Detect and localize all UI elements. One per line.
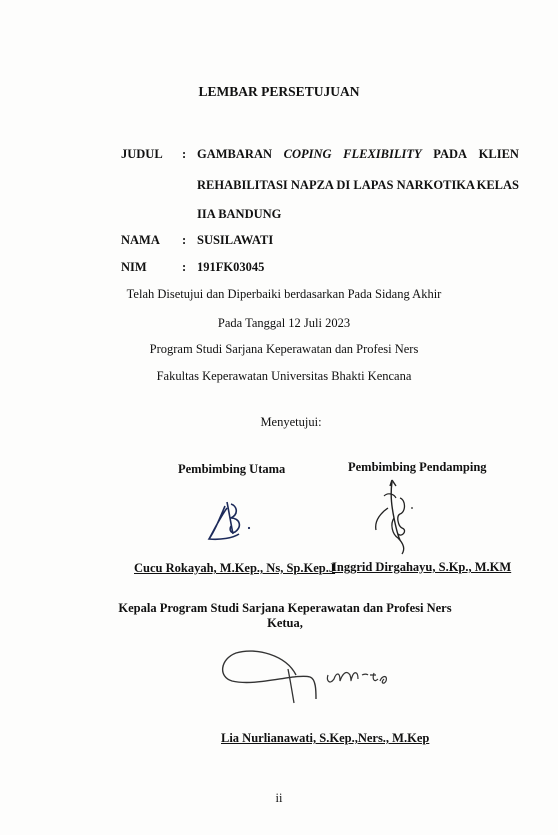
head-role-line2: Ketua, [0,616,558,631]
supervisor-name: Inggrid Dirgahayu, S.Kp., M.KM [332,560,511,575]
nama-value: SUSILAWATI [197,233,273,248]
judul-word: KELAS [477,178,519,193]
judul-word-italic: FLEXIBILITY [343,147,422,162]
document-page: LEMBAR PERSETUJUAN JUDUL : GAMBARAN COPI… [0,0,558,835]
nim-label: NIM [121,260,147,275]
judul-line-2: REHABILITASI NAPZA DI LAPAS NARKOTIKA KE… [197,178,519,193]
approval-info-line: Telah Disetujui dan Diperbaiki berdasark… [5,287,558,302]
signature-icon [372,478,422,563]
judul-word: REHABILITASI NAPZA DI LAPAS NARKOTIKA [197,178,475,193]
nama-colon: : [182,233,186,248]
judul-word: PADA [433,147,467,162]
supervisor-role: Pembimbing Pendamping [348,460,487,475]
supervisor-role: Pembimbing Utama [178,462,285,477]
judul-colon: : [182,147,186,162]
approved-label: Menyetujui: [12,415,558,430]
judul-word: GAMBARAN [197,147,272,162]
signature-icon [216,645,396,707]
judul-line-3: IIA BANDUNG [197,207,281,222]
approval-info-line: Pada Tanggal 12 Juli 2023 [5,316,558,331]
page-number: ii [0,791,558,806]
judul-label: JUDUL [121,147,163,162]
judul-line-1: GAMBARAN COPING FLEXIBILITY PADA KLIEN [197,147,519,162]
approval-info-line: Fakultas Keperawatan Universitas Bhakti … [5,369,558,384]
signature-icon [205,498,265,543]
head-role-line1: Kepala Program Studi Sarjana Keperawatan… [0,601,558,616]
approval-info-line: Program Studi Sarjana Keperawatan dan Pr… [5,342,558,357]
nama-label: NAMA [121,233,160,248]
nim-colon: : [182,260,186,275]
supervisor-name: Cucu Rokayah, M.Kep., Ns, Sp.Kep.J [134,561,335,576]
judul-word-italic: COPING [284,147,332,162]
head-name: Lia Nurlianawati, S.Kep.,Ners., M.Kep [221,731,429,746]
judul-word: KLIEN [479,147,519,162]
page-title: LEMBAR PERSETUJUAN [0,84,558,100]
nim-value: 191FK03045 [197,260,264,275]
